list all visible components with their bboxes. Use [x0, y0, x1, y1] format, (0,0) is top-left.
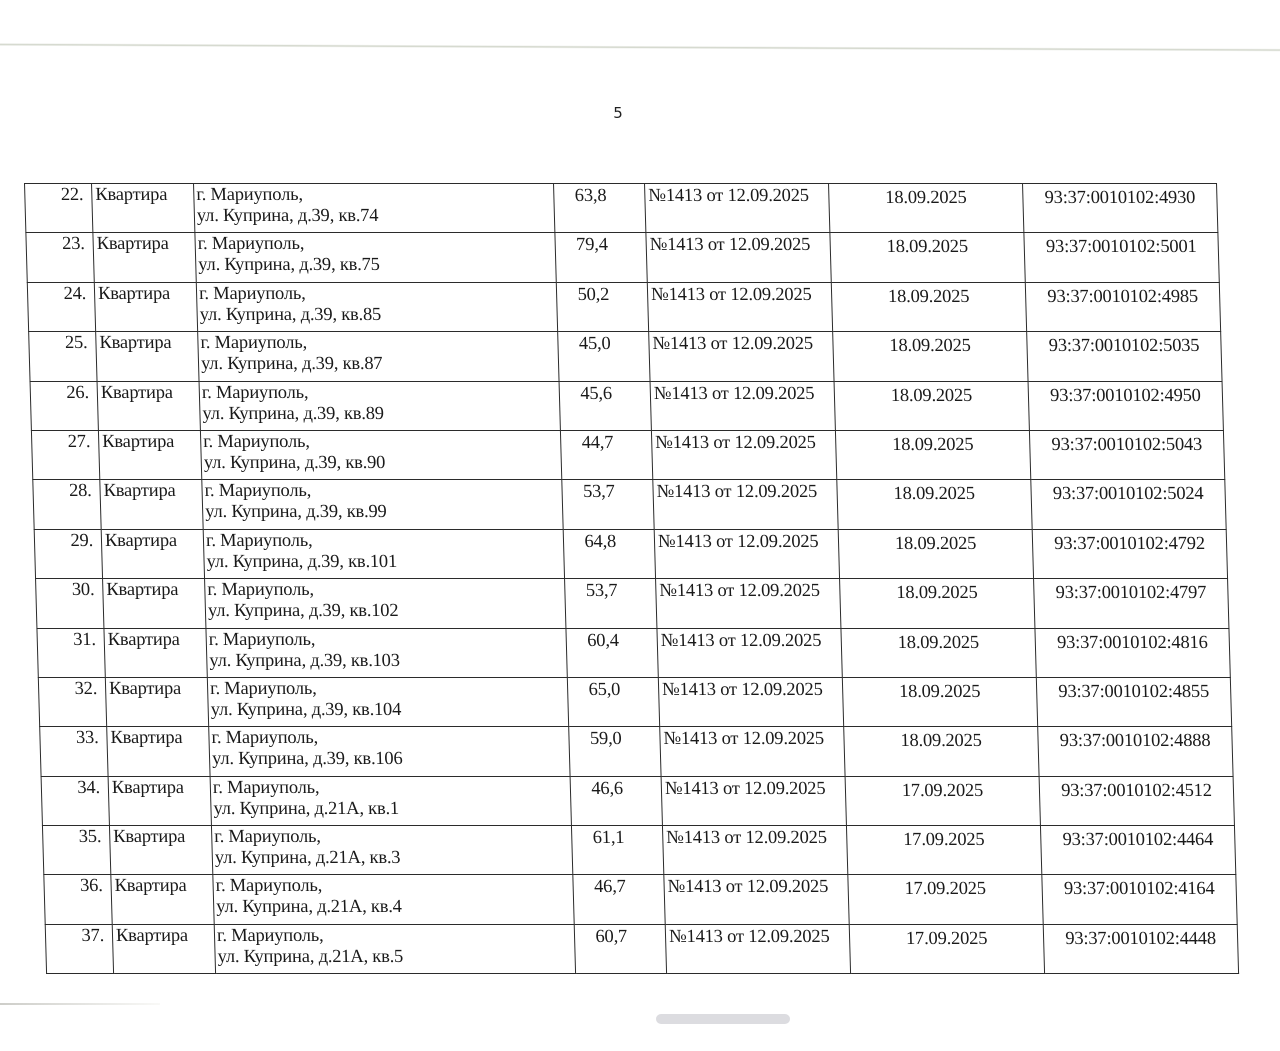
property-type: Квартира	[103, 579, 206, 628]
property-area: 60,7	[574, 924, 666, 973]
row-number: 33.	[40, 727, 108, 776]
cadastral-number: 93:37:0010102:4797	[1034, 579, 1229, 628]
property-type: Квартира	[109, 826, 212, 875]
property-address: г. Мариуполь, ул. Куприна, д.39, кв.87	[198, 332, 559, 381]
property-address: г. Мариуполь, ул. Куприна, д.39, кв.89	[199, 381, 560, 430]
property-type: Квартира	[112, 924, 215, 973]
cadastral-number: 93:37:0010102:4930	[1023, 184, 1218, 233]
order-reference: №1413 от 12.09.2025	[656, 579, 841, 628]
address-city: г. Мариуполь,	[207, 580, 565, 601]
row-number: 30.	[36, 579, 104, 628]
property-address: г. Мариуполь, ул. Куприна, д.39, кв.101	[203, 529, 564, 578]
property-table: 22. Квартира г. Мариуполь, ул. Куприна, …	[24, 183, 1239, 974]
registration-date: 18.09.2025	[840, 579, 1035, 628]
table-row: 34. Квартира г. Мариуполь, ул. Куприна, …	[41, 776, 1234, 825]
row-number: 31.	[37, 628, 105, 677]
address-street: ул. Куприна, д.39, кв.104	[210, 700, 568, 721]
address-city: г. Мариуполь,	[206, 531, 564, 552]
address-city: г. Мариуполь,	[202, 383, 560, 404]
registration-date: 17.09.2025	[848, 875, 1043, 924]
page-number: 5	[608, 104, 628, 122]
order-reference: №1413 от 12.09.2025	[660, 727, 845, 776]
address-street: ул. Куприна, д.21А, кв.3	[215, 848, 573, 869]
property-area: 63,8	[554, 184, 646, 233]
order-reference: №1413 от 12.09.2025	[645, 184, 830, 233]
table-row: 28. Квартира г. Мариуполь, ул. Куприна, …	[33, 480, 1226, 529]
scan-paper-edge-top	[0, 43, 1280, 52]
property-address: г. Мариуполь, ул. Куприна, д.39, кв.104	[207, 677, 568, 726]
property-area: 53,7	[562, 480, 654, 529]
registration-date: 17.09.2025	[846, 826, 1041, 875]
property-address: г. Мариуполь, ул. Куприна, д.21А, кв.4	[213, 875, 574, 924]
registration-date: 18.09.2025	[830, 233, 1025, 282]
address-city: г. Мариуполь,	[211, 728, 569, 749]
property-address: г. Мариуполь, ул. Куприна, д.39, кв.75	[195, 233, 556, 282]
cadastral-number: 93:37:0010102:5035	[1027, 332, 1222, 381]
property-type: Квартира	[93, 233, 196, 282]
registration-date: 18.09.2025	[844, 727, 1039, 776]
order-reference: №1413 от 12.09.2025	[650, 381, 835, 430]
table-row: 29. Квартира г. Мариуполь, ул. Куприна, …	[34, 529, 1227, 578]
cadastral-number: 93:37:0010102:4816	[1035, 628, 1230, 677]
order-reference: №1413 от 12.09.2025	[654, 529, 839, 578]
property-address: г. Мариуполь, ул. Куприна, д.39, кв.99	[202, 480, 563, 529]
property-address: г. Мариуполь, ул. Куприна, д.39, кв.106	[209, 727, 570, 776]
scroll-indicator[interactable]	[656, 1014, 790, 1024]
order-reference: №1413 от 12.09.2025	[651, 430, 836, 479]
cadastral-number: 93:37:0010102:4950	[1028, 381, 1223, 430]
property-area: 50,2	[556, 282, 648, 331]
cadastral-number: 93:37:0010102:4792	[1032, 529, 1227, 578]
property-area: 60,4	[566, 628, 658, 677]
cadastral-number: 93:37:0010102:5024	[1031, 480, 1226, 529]
table-row: 36. Квартира г. Мариуполь, ул. Куприна, …	[44, 875, 1237, 924]
row-number: 27.	[31, 430, 99, 479]
address-city: г. Мариуполь,	[217, 926, 575, 947]
address-street: ул. Куприна, д.39, кв.103	[209, 651, 567, 672]
registration-date: 18.09.2025	[842, 677, 1037, 726]
row-number: 37.	[45, 924, 113, 973]
property-type: Квартира	[97, 381, 200, 430]
address-city: г. Мариуполь,	[210, 679, 568, 700]
property-address: г. Мариуполь, ул. Куприна, д.39, кв.85	[196, 282, 557, 331]
address-city: г. Мариуполь,	[199, 284, 557, 305]
table-row: 26. Квартира г. Мариуполь, ул. Куприна, …	[30, 381, 1223, 430]
order-reference: №1413 от 12.09.2025	[664, 875, 849, 924]
order-reference: №1413 от 12.09.2025	[665, 924, 850, 973]
property-type: Квартира	[107, 727, 210, 776]
property-area: 53,7	[565, 579, 657, 628]
address-street: ул. Куприна, д.39, кв.87	[201, 354, 559, 375]
cadastral-number: 93:37:0010102:5043	[1029, 430, 1224, 479]
cadastral-number: 93:37:0010102:4164	[1042, 875, 1237, 924]
row-number: 22.	[25, 184, 93, 233]
row-number: 36.	[44, 875, 112, 924]
row-number: 25.	[29, 332, 97, 381]
row-number: 28.	[33, 480, 101, 529]
address-city: г. Мариуполь,	[208, 630, 566, 651]
table-row: 23. Квартира г. Мариуполь, ул. Куприна, …	[26, 233, 1219, 282]
order-reference: №1413 от 12.09.2025	[661, 776, 846, 825]
property-type: Квартира	[108, 776, 211, 825]
property-area: 46,7	[573, 875, 665, 924]
row-number: 26.	[30, 381, 98, 430]
registration-date: 17.09.2025	[849, 924, 1044, 973]
address-street: ул. Куприна, д.39, кв.90	[204, 453, 562, 474]
row-number: 32.	[38, 677, 106, 726]
property-type: Квартира	[98, 430, 201, 479]
table-row: 27. Квартира г. Мариуполь, ул. Куприна, …	[31, 430, 1224, 479]
property-area: 45,0	[558, 332, 650, 381]
address-street: ул. Куприна, д.39, кв.89	[202, 404, 560, 425]
property-area: 59,0	[569, 727, 661, 776]
property-area: 65,0	[567, 677, 659, 726]
cadastral-number: 93:37:0010102:4464	[1040, 826, 1235, 875]
address-street: ул. Куприна, д.39, кв.106	[212, 749, 570, 770]
registration-date: 18.09.2025	[834, 381, 1029, 430]
address-street: ул. Куприна, д.39, кв.74	[197, 206, 555, 227]
table-row: 25. Квартира г. Мариуполь, ул. Куприна, …	[29, 332, 1222, 381]
table-row: 37. Квартира г. Мариуполь, ул. Куприна, …	[45, 924, 1238, 973]
property-type: Квартира	[96, 332, 199, 381]
row-number: 23.	[26, 233, 94, 282]
table-body: 22. Квартира г. Мариуполь, ул. Куприна, …	[25, 184, 1239, 974]
registration-date: 18.09.2025	[835, 430, 1030, 479]
address-city: г. Мариуполь,	[197, 234, 555, 255]
cadastral-number: 93:37:0010102:4512	[1039, 776, 1234, 825]
order-reference: №1413 от 12.09.2025	[649, 332, 834, 381]
property-area: 61,1	[571, 826, 663, 875]
order-reference: №1413 от 12.09.2025	[653, 480, 838, 529]
property-address: г. Мариуполь, ул. Куприна, д.21А, кв.5	[214, 924, 575, 973]
table-row: 32. Квартира г. Мариуполь, ул. Куприна, …	[38, 677, 1231, 726]
property-area: 45,6	[559, 381, 651, 430]
table-row: 33. Квартира г. Мариуполь, ул. Куприна, …	[40, 727, 1233, 776]
property-type: Квартира	[100, 480, 203, 529]
cadastral-number: 93:37:0010102:4448	[1043, 924, 1238, 973]
property-type: Квартира	[105, 677, 208, 726]
registration-date: 18.09.2025	[833, 332, 1028, 381]
property-type: Квартира	[111, 875, 214, 924]
registration-date: 18.09.2025	[831, 282, 1026, 331]
row-number: 34.	[41, 776, 109, 825]
property-address: г. Мариуполь, ул. Куприна, д.21А, кв.1	[210, 776, 571, 825]
order-reference: №1413 от 12.09.2025	[646, 233, 831, 282]
order-reference: №1413 от 12.09.2025	[658, 677, 843, 726]
address-street: ул. Куприна, д.21А, кв.4	[216, 897, 574, 918]
table-row: 35. Квартира г. Мариуполь, ул. Куприна, …	[42, 826, 1235, 875]
registration-date: 18.09.2025	[841, 628, 1036, 677]
row-number: 35.	[42, 826, 110, 875]
table-row: 30. Квартира г. Мариуполь, ул. Куприна, …	[36, 579, 1229, 628]
property-address: г. Мариуполь, ул. Куприна, д.39, кв.74	[194, 184, 555, 233]
property-address: г. Мариуполь, ул. Куприна, д.39, кв.103	[206, 628, 567, 677]
order-reference: №1413 от 12.09.2025	[657, 628, 842, 677]
table-row: 24. Квартира г. Мариуполь, ул. Куприна, …	[27, 282, 1220, 331]
registration-date: 18.09.2025	[829, 184, 1024, 233]
address-street: ул. Куприна, д.21А, кв.1	[213, 799, 571, 820]
address-city: г. Мариуполь,	[213, 778, 571, 799]
address-city: г. Мариуполь,	[196, 185, 554, 206]
cadastral-number: 93:37:0010102:5001	[1024, 233, 1219, 282]
property-address: г. Мариуполь, ул. Куприна, д.21А, кв.3	[211, 826, 572, 875]
table-row: 31. Квартира г. Мариуполь, ул. Куприна, …	[37, 628, 1230, 677]
address-city: г. Мариуполь,	[214, 827, 572, 848]
property-area: 64,8	[563, 529, 655, 578]
address-city: г. Мариуполь,	[203, 432, 561, 453]
address-street: ул. Куприна, д.39, кв.75	[198, 255, 556, 276]
cadastral-number: 93:37:0010102:4985	[1025, 282, 1220, 331]
row-number: 24.	[27, 282, 95, 331]
order-reference: №1413 от 12.09.2025	[647, 282, 832, 331]
registration-date: 17.09.2025	[845, 776, 1040, 825]
property-type: Квартира	[104, 628, 207, 677]
table-row: 22. Квартира г. Мариуполь, ул. Куприна, …	[25, 184, 1218, 233]
cadastral-number: 93:37:0010102:4888	[1038, 727, 1233, 776]
address-street: ул. Куприна, д.39, кв.99	[205, 502, 563, 523]
address-city: г. Мариуполь,	[204, 481, 562, 502]
property-address: г. Мариуполь, ул. Куприна, д.39, кв.102	[205, 579, 566, 628]
property-type: Квартира	[94, 282, 197, 331]
property-address: г. Мариуполь, ул. Куприна, д.39, кв.90	[200, 430, 561, 479]
address-street: ул. Куприна, д.21А, кв.5	[217, 947, 575, 968]
order-reference: №1413 от 12.09.2025	[662, 826, 847, 875]
registration-date: 18.09.2025	[838, 529, 1033, 578]
property-area: 44,7	[560, 430, 652, 479]
property-area: 79,4	[555, 233, 647, 282]
address-street: ул. Куприна, д.39, кв.101	[206, 552, 564, 573]
property-area: 46,6	[570, 776, 662, 825]
address-street: ул. Куприна, д.39, кв.85	[199, 305, 557, 326]
address-city: г. Мариуполь,	[200, 333, 558, 354]
scan-paper-edge-bottom	[0, 1003, 160, 1005]
address-city: г. Мариуполь,	[215, 876, 573, 897]
address-street: ул. Куприна, д.39, кв.102	[208, 601, 566, 622]
property-type: Квартира	[92, 184, 195, 233]
cadastral-number: 93:37:0010102:4855	[1036, 677, 1231, 726]
property-type: Квартира	[101, 529, 204, 578]
row-number: 29.	[34, 529, 102, 578]
registration-date: 18.09.2025	[837, 480, 1032, 529]
